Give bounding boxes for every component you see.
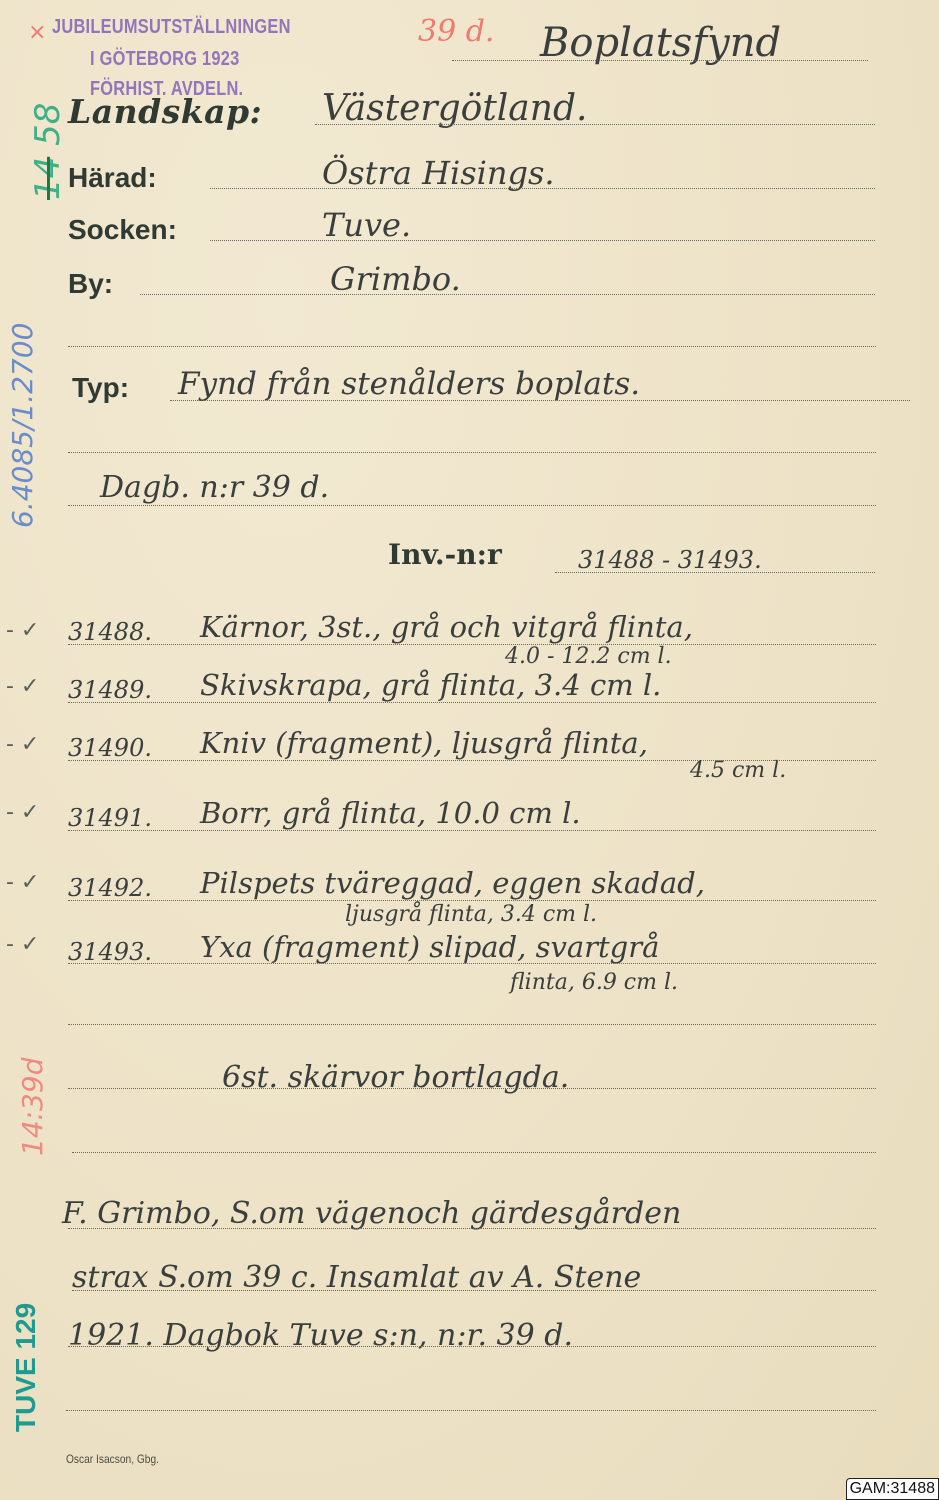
blank-line-4 bbox=[72, 1152, 876, 1153]
row-line bbox=[68, 963, 876, 964]
landskap-value: Västergötland. bbox=[322, 88, 587, 129]
margin-red-ref: 14:39d bbox=[16, 1058, 49, 1156]
socken-line bbox=[210, 240, 875, 241]
item-cont: flinta, 6.9 cm l. bbox=[510, 970, 678, 995]
row-line bbox=[68, 760, 876, 761]
margin-teal-code: TUVE 129 bbox=[10, 1303, 42, 1432]
blank-line-3 bbox=[68, 1024, 876, 1025]
margin-red-x: × bbox=[28, 20, 46, 45]
stamp-line-2: I GÖTEBORG 1923 bbox=[90, 48, 240, 71]
dagbok-note: Dagb. n:r 39 d. bbox=[100, 470, 329, 505]
item-number: 31492. bbox=[68, 874, 152, 902]
check-mark-icon: - ✓ bbox=[6, 932, 39, 957]
check-mark-icon: - ✓ bbox=[6, 870, 39, 895]
typ-line bbox=[170, 400, 910, 401]
discarded-note: 6st. skärvor bortlagda. bbox=[222, 1060, 569, 1095]
catalog-id-badge: GAM:31488 bbox=[846, 1478, 939, 1500]
find-line-2 bbox=[72, 1290, 876, 1291]
by-line bbox=[140, 294, 875, 295]
row-line bbox=[68, 900, 876, 901]
margin-blue-coords: 6.4085/1.2700 bbox=[6, 323, 39, 528]
item-number: 31491. bbox=[68, 804, 152, 832]
stamp-line-1: JUBILEUMSUTSTÄLLNINGEN bbox=[52, 16, 291, 39]
check-mark-icon: - ✓ bbox=[6, 618, 39, 643]
row-line bbox=[68, 830, 876, 831]
find-line-3 bbox=[68, 1346, 876, 1347]
blank-line-5 bbox=[66, 1410, 876, 1411]
check-mark-icon: - ✓ bbox=[6, 800, 39, 825]
find-note-line-1: F. Grimbo, S.om vägenoch gärdesgården bbox=[62, 1196, 681, 1231]
inventory-label: Inv.-n:r bbox=[388, 538, 502, 571]
socken-value: Tuve. bbox=[322, 206, 411, 244]
item-text: Borr, grå flinta, 10.0 cm l. bbox=[200, 796, 581, 830]
blank-line-1 bbox=[68, 346, 876, 347]
landskap-line bbox=[315, 124, 875, 125]
blank-line-2 bbox=[68, 452, 876, 453]
item-text: Kniv (fragment), ljusgrå flinta, bbox=[200, 726, 648, 760]
item-cont: ljusgrå flinta, 3.4 cm l. bbox=[345, 902, 597, 927]
margin-green-value: 58 bbox=[28, 103, 68, 146]
harad-value: Östra Hisings. bbox=[322, 154, 555, 192]
header-red-ref: 39 d. bbox=[418, 14, 494, 49]
harad-line bbox=[210, 188, 875, 189]
item-number: 31490. bbox=[68, 734, 152, 762]
inventory-range: 31488 - 31493. bbox=[578, 546, 762, 574]
item-text: Yxa (fragment) slipad, svartgrå bbox=[200, 930, 659, 964]
row-line bbox=[68, 644, 876, 645]
row-line bbox=[68, 702, 876, 703]
item-text: Pilspets tväreggad, eggen skadad, bbox=[200, 866, 705, 900]
check-mark-icon: - ✓ bbox=[6, 674, 39, 699]
item-number: 31493. bbox=[68, 938, 152, 966]
margin-green-struck: 14 bbox=[28, 157, 68, 200]
by-label: By: bbox=[68, 268, 113, 300]
item-cont: 4.0 - 12.2 cm l. bbox=[505, 644, 672, 669]
item-cont: 4.5 cm l. bbox=[690, 758, 786, 783]
by-value: Grimbo. bbox=[330, 260, 461, 298]
inventory-line bbox=[555, 572, 875, 573]
item-number: 31488. bbox=[68, 618, 152, 646]
margin-green-num: 14 58 bbox=[28, 103, 68, 200]
dagbok-line bbox=[68, 505, 876, 506]
printer-imprint: Oscar Isacson, Gbg. bbox=[66, 1452, 159, 1466]
typ-label: Typ: bbox=[72, 372, 129, 404]
item-text: Kärnor, 3st., grå och vitgrå flinta, bbox=[200, 610, 693, 644]
header-line bbox=[452, 60, 868, 61]
typ-value: Fynd från stenålders boplats. bbox=[178, 366, 640, 402]
find-line-1 bbox=[68, 1228, 876, 1229]
discarded-line bbox=[68, 1088, 876, 1089]
check-mark-icon: - ✓ bbox=[6, 732, 39, 757]
socken-label: Socken: bbox=[68, 214, 177, 246]
harad-label: Härad: bbox=[68, 162, 157, 194]
item-number: 31489. bbox=[68, 676, 152, 704]
find-note-line-3: 1921. Dagbok Tuve s:n, n:r. 39 d. bbox=[68, 1318, 573, 1353]
landskap-label: Landskap: bbox=[68, 92, 262, 131]
item-text: Skivskrapa, grå flinta, 3.4 cm l. bbox=[200, 668, 661, 702]
